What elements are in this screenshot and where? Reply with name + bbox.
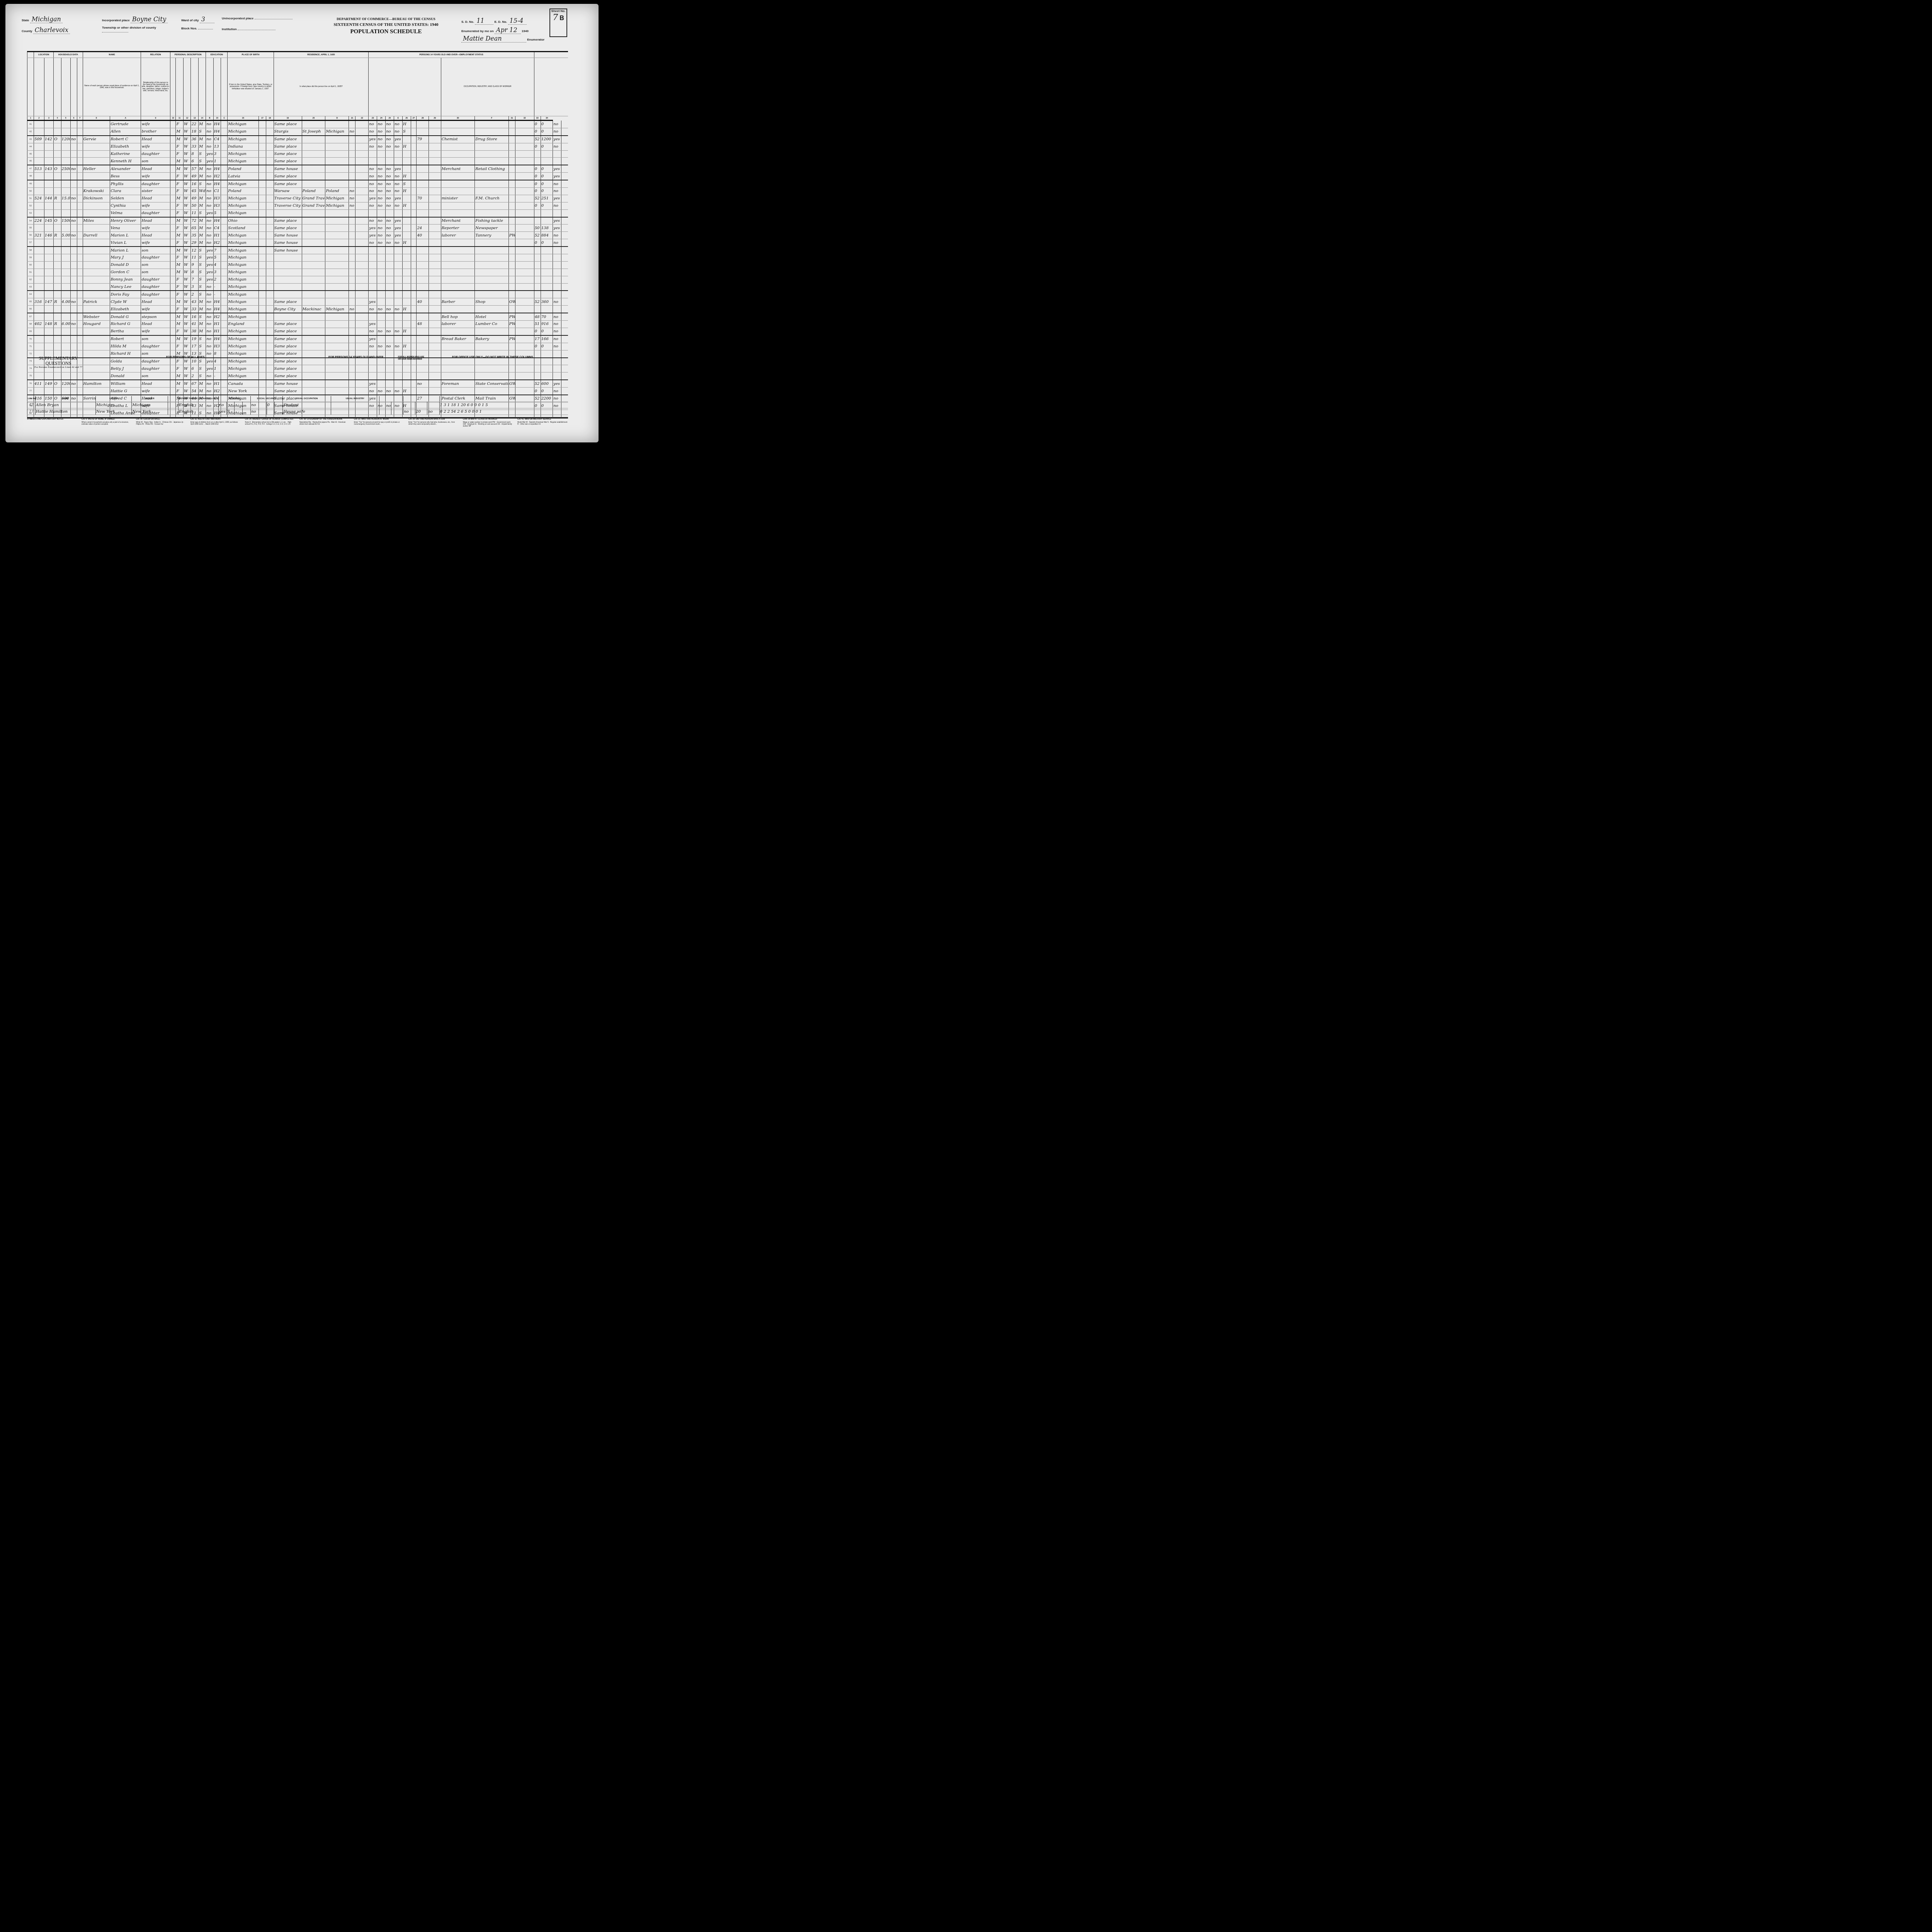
schedule-title: POPULATION SCHEDULE: [326, 29, 446, 35]
cell-farm1935: no: [349, 195, 355, 202]
cell-school: no: [206, 224, 213, 232]
cell-house: [44, 313, 53, 320]
cell-hours: [417, 173, 429, 180]
residence-description: In what place did this person live on Ap…: [274, 58, 369, 116]
cell-otherincome: yes: [553, 224, 561, 232]
cell-activity: H: [402, 328, 411, 335]
relation-description: Relationship of this person to the head …: [141, 58, 170, 116]
cell-blank: [266, 180, 274, 187]
cell-sex: F: [176, 291, 183, 298]
cell-sex: F: [176, 150, 183, 158]
cell-age: 57: [191, 165, 198, 172]
cell-weeksworked: 0: [534, 202, 541, 209]
cell-occupation: [441, 291, 475, 298]
cell-owned: 4.00: [61, 298, 70, 306]
cell-pubwork: [377, 254, 386, 262]
cell-street: [34, 254, 44, 262]
cell-house: [44, 209, 53, 217]
cell-otherincome: [553, 247, 561, 254]
cell-otherincome: no: [553, 343, 561, 350]
cell-otherincome: no: [553, 202, 561, 209]
cell-hours: [417, 121, 429, 128]
cell-occupation: [441, 328, 475, 335]
supplementary-title: SUPPLEMENTARY QUESTIONS For Persons Enum…: [29, 356, 87, 369]
cell-surname: [83, 254, 110, 262]
cell-weeks: [429, 158, 441, 165]
cell-farm: [77, 321, 83, 328]
cell-blank: [221, 180, 228, 187]
cell-blank: [266, 321, 274, 328]
cell-blank: [266, 291, 274, 298]
cell-res-county: [302, 335, 325, 343]
cell-weeksworked: 52: [534, 136, 541, 143]
cell-hh: [54, 335, 61, 343]
cell-activity: H: [402, 188, 411, 195]
cell-blank: [515, 150, 534, 158]
cell-res-state: [325, 180, 349, 187]
cell-birthplace: Michigan: [228, 180, 259, 187]
cell-seeking: no: [386, 121, 394, 128]
cell-blank: [259, 261, 266, 269]
column-number: 23: [369, 116, 377, 121]
cell-res-county: Poland: [302, 188, 325, 195]
cell-hours: [417, 254, 429, 262]
cell-relation: wife: [141, 306, 170, 313]
person-row: 55VenawifeFW65MnoC4ScotlandSame placeyes…: [27, 224, 568, 232]
cell-weeks: [429, 188, 441, 195]
cell-school: no: [206, 121, 213, 128]
column-number: 15: [213, 116, 221, 121]
cell-school: no: [206, 165, 213, 172]
cell-surname: Hougard: [83, 321, 110, 328]
cell-activity: H: [402, 173, 411, 180]
note-block: Cols. 30 and 47. CLASS OF WORKERWage or …: [463, 418, 514, 439]
cell-relation: Head: [141, 217, 170, 224]
cell-given: Gertrude: [110, 121, 141, 128]
cell-blank: [355, 158, 369, 165]
cell-house: [44, 121, 53, 128]
cell-surname: [83, 306, 110, 313]
cell-blank: [266, 343, 274, 350]
cell-age: 2: [191, 291, 198, 298]
person-row: 42AllenbrotherMW18SnoH4MichiganSturgisSt…: [27, 128, 568, 135]
cell-income: 0: [541, 343, 553, 350]
cell-blank: [355, 136, 369, 143]
cell-street: [34, 313, 44, 320]
cell-work: no: [369, 328, 377, 335]
cell-blank: [221, 165, 228, 172]
supp-cell-children: [427, 402, 439, 408]
cell-res-state: [325, 136, 349, 143]
cell-res-state: Michigan: [325, 306, 349, 313]
cell-res-county: [302, 136, 325, 143]
cell-farm: [77, 136, 83, 143]
cell-blank: [170, 298, 176, 306]
cell-blank: [259, 232, 266, 239]
cell-blank: [411, 321, 417, 328]
cell-occupation: Merchant: [441, 165, 475, 172]
cell-blank: [259, 136, 266, 143]
cell-res-county: [302, 224, 325, 232]
cell-blank: [515, 121, 534, 128]
cell-given: Robert: [110, 335, 141, 343]
cell-occupation: [441, 247, 475, 254]
column-number: 1: [27, 116, 34, 121]
cell-street: [34, 121, 44, 128]
cell-farm1935: [349, 298, 355, 306]
cell-blank: [259, 217, 266, 224]
desc-cell: [534, 58, 568, 116]
cell-given: Henry Oliver: [110, 217, 141, 224]
cell-marital: S: [198, 335, 206, 343]
cell-class: [509, 217, 515, 224]
cell-given: Bess: [110, 173, 141, 180]
cell-hours: [417, 158, 429, 165]
cell-race: W: [183, 217, 190, 224]
cell-race: W: [183, 291, 190, 298]
cell-hh: [54, 128, 61, 135]
cell-work: no: [369, 202, 377, 209]
supp-cell-deduct: [259, 402, 267, 408]
cell-otherincome: no: [553, 321, 561, 328]
cell-seeking: no: [386, 224, 394, 232]
cell-otherincome: [553, 158, 561, 165]
cell-work: no: [369, 165, 377, 172]
cell-res-city: Same place: [274, 335, 302, 343]
cell-hours: [417, 335, 429, 343]
cell-hh: [54, 239, 61, 247]
cell-seeking: no: [386, 136, 394, 143]
cell-weeks: [429, 328, 441, 335]
cell-work: no: [369, 217, 377, 224]
cell-occupation: Reporter: [441, 224, 475, 232]
cell-hasjob: yes: [394, 224, 403, 232]
cell-school: no: [206, 232, 213, 239]
cell-class: [509, 328, 515, 335]
cell-seeking: [386, 335, 394, 343]
cell-income: 251: [541, 195, 553, 202]
cell-blank: [411, 209, 417, 217]
cell-blank: [170, 343, 176, 350]
cell-seeking: no: [386, 143, 394, 150]
cell-hh: [54, 247, 61, 254]
sheet-label: Sheet No.: [550, 9, 566, 13]
cell-hours: 48: [417, 321, 429, 328]
cell-surname: [83, 202, 110, 209]
note-title: Col. 21. WAS THIS PERSON AT WORK: [354, 418, 405, 420]
cell-hh: [54, 173, 61, 180]
person-row: 53VelmadaughterFW11Syes5Michigan: [27, 209, 568, 217]
cell-house: 145: [44, 217, 53, 224]
cell-owned: [61, 313, 70, 320]
cell-blank: [515, 261, 534, 269]
cell-given: Bertha: [110, 328, 141, 335]
cell-hours: [417, 217, 429, 224]
state-value: Michigan: [30, 15, 63, 23]
cell-age: 16: [191, 313, 198, 320]
cell-farm1935: [349, 224, 355, 232]
cell-blank: [259, 150, 266, 158]
cell-activity: [402, 335, 411, 343]
cell-hh: O: [54, 136, 61, 143]
cell-blank: [170, 195, 176, 202]
cell-activity: H: [402, 343, 411, 350]
supp-cell-usual-occ: Student: [283, 402, 331, 408]
cell-farm1935: [349, 173, 355, 180]
cell-income: 1200: [541, 136, 553, 143]
cell-grade: 5: [213, 254, 221, 262]
note-block: Col. 11. AGE AT LAST BIRTHDAY.Enter age …: [190, 418, 241, 439]
cell-activity: [402, 298, 411, 306]
cell-owned: [61, 188, 70, 195]
cell-relation: daughter: [141, 150, 170, 158]
cell-work: no: [369, 128, 377, 135]
cell-owned: [61, 328, 70, 335]
supp-cell-blank: [243, 408, 251, 415]
cell-farm1935: [349, 247, 355, 254]
cell-blank: [221, 247, 228, 254]
cell-farm1935: [349, 261, 355, 269]
cell-blank: [259, 180, 266, 187]
cell-activity: [402, 165, 411, 172]
cell-sex: M: [176, 313, 183, 320]
cell-res-county: [302, 283, 325, 291]
cell-value: [70, 209, 77, 217]
cell-school: no: [206, 343, 213, 350]
cell-house: [44, 328, 53, 335]
cell-surname: [83, 247, 110, 254]
cell-blank: [561, 343, 568, 350]
cell-pubwork: no: [377, 121, 386, 128]
cell-school: no: [206, 298, 213, 306]
cell-blank: [266, 143, 274, 150]
cell-age: 33: [191, 143, 198, 150]
cell-surname: [83, 283, 110, 291]
cell-res-city: Same place: [274, 343, 302, 350]
column-number: 16: [228, 116, 259, 121]
office-heading: FOR OFFICE USE ONLY—DO NOT WRITE IN THES…: [452, 356, 533, 359]
cell-occupation: [441, 128, 475, 135]
cell-sex: M: [176, 165, 183, 172]
cell-given: Allen: [110, 128, 141, 135]
cell-blank: [259, 276, 266, 283]
cell-blank: [221, 143, 228, 150]
cell-age: 22: [191, 121, 198, 128]
cell-blank: [170, 188, 176, 195]
cell-surname: [83, 291, 110, 298]
note-block: Col. 41. WAR OR MILITARY SERVICEWorld Wa…: [517, 418, 568, 439]
cell-blank: [266, 254, 274, 262]
person-row: 69BerthawifeFW38MnoH1MichiganSame placen…: [27, 328, 568, 335]
cell-class: OW: [509, 298, 515, 306]
cell-school: no: [206, 328, 213, 335]
column-number: 24: [377, 116, 386, 121]
state-label: State: [22, 19, 29, 22]
cell-owned: [61, 239, 70, 247]
cell-income: [541, 269, 553, 276]
person-row: 60Donald DsonMW9Syes4Michigan: [27, 261, 568, 269]
cell-farm1935: [349, 328, 355, 335]
person-row: 65316147R4.00noPatrickClyde WHeadMW43Mno…: [27, 298, 568, 306]
cell-res-city: [274, 209, 302, 217]
cell-birthplace: Ohio: [228, 217, 259, 224]
cell-res-city: Same place: [274, 217, 302, 224]
cell-seeking: no: [386, 239, 394, 247]
department-title: DEPARTMENT OF COMMERCE—BUREAU OF THE CEN…: [322, 17, 450, 21]
cell-marital: S: [198, 150, 206, 158]
cell-farm1935: [349, 232, 355, 239]
cell-blank: [170, 158, 176, 165]
cell-given: Cynthia: [110, 202, 141, 209]
cell-res-city: Same place: [274, 298, 302, 306]
note-text: Enter "Yes" for persons who had jobs, bu…: [408, 421, 455, 425]
column-number: 27: [411, 116, 417, 121]
cell-hh: [54, 180, 61, 187]
cell-marital: M: [198, 165, 206, 172]
cell-given: Elizabeth: [110, 143, 141, 150]
cell-industry: [475, 343, 509, 350]
cell-weeksworked: 0: [534, 343, 541, 350]
cell-marital: M: [198, 173, 206, 180]
cell-blank: [561, 276, 568, 283]
cell-res-city: Same place: [274, 173, 302, 180]
supp-cell-vet-war: [226, 402, 235, 408]
cell-hours: [417, 143, 429, 150]
cell-res-county: Grand Traverse: [302, 202, 325, 209]
cell-farm: [77, 232, 83, 239]
cell-income: 0: [541, 202, 553, 209]
cell-weeksworked: 50: [534, 224, 541, 232]
cell-seeking: no: [386, 180, 394, 187]
note-block: Col. 21. WAS THIS PERSON AT WORKEnter "Y…: [354, 418, 405, 439]
cell-blank: [221, 291, 228, 298]
incorporated-place-field: Incorporated place Boyne City: [102, 15, 168, 23]
enumerated-date: Apr 12: [495, 26, 521, 34]
cell-hours: [417, 247, 429, 254]
cell-blank: [561, 306, 568, 313]
cell-value: [70, 202, 77, 209]
person-row: 62Bonny JeandaughterFW7Syes2Michigan: [27, 276, 568, 283]
cell-res-state: [325, 328, 349, 335]
cell-weeksworked: 17: [534, 335, 541, 343]
cell-farm: [77, 188, 83, 195]
cell-age: 29: [191, 239, 198, 247]
cell-otherincome: no: [553, 143, 561, 150]
cell-occupation: Merchant: [441, 217, 475, 224]
cell-age: 38: [191, 328, 198, 335]
cell-line: 45: [27, 150, 34, 158]
cell-blank: [561, 269, 568, 276]
cell-blank: [266, 298, 274, 306]
cell-res-state: Michigan: [325, 195, 349, 202]
cell-house: [44, 202, 53, 209]
cell-farm1935: [349, 291, 355, 298]
cell-res-county: [302, 232, 325, 239]
cell-school: no: [206, 217, 213, 224]
supp-cell-usual-ind: [331, 408, 379, 415]
cell-house: 146: [44, 232, 53, 239]
note-text: Enter age of children born on or after A…: [190, 421, 238, 425]
cell-farm1935: [349, 335, 355, 343]
cell-grade: H4: [213, 180, 221, 187]
cell-weeks: [429, 136, 441, 143]
cell-relation: Head: [141, 298, 170, 306]
cell-owned: [61, 261, 70, 269]
cell-blank: [411, 180, 417, 187]
cell-res-city: Traverse City: [274, 202, 302, 209]
cell-industry: [475, 173, 509, 180]
column-number: 22: [355, 116, 369, 121]
cell-blank: [259, 254, 266, 262]
cell-grade: H1: [213, 232, 221, 239]
cell-marital: S: [198, 209, 206, 217]
cell-relation: son: [141, 247, 170, 254]
cell-race: W: [183, 143, 190, 150]
cell-sex: F: [176, 209, 183, 217]
cell-weeksworked: [534, 150, 541, 158]
cell-activity: [402, 283, 411, 291]
cell-sex: M: [176, 321, 183, 328]
column-number: 29: [429, 116, 441, 121]
cell-industry: [475, 291, 509, 298]
cell-weeks: [429, 217, 441, 224]
cell-income: 916: [541, 321, 553, 328]
cell-occupation: [441, 239, 475, 247]
cell-work: no: [369, 180, 377, 187]
cell-blank: [266, 276, 274, 283]
cell-blank: [355, 188, 369, 195]
cell-line: 47: [27, 165, 34, 172]
cell-industry: [475, 180, 509, 187]
desc-cell: [61, 58, 70, 116]
cell-weeks: [429, 128, 441, 135]
cell-farm: [77, 128, 83, 135]
cell-industry: [475, 239, 509, 247]
cell-hasjob: yes: [394, 165, 403, 172]
cell-blank: [170, 261, 176, 269]
cell-industry: [475, 209, 509, 217]
cell-weeks: [429, 313, 441, 320]
cell-race: W: [183, 180, 190, 187]
cell-sex: M: [176, 136, 183, 143]
cell-weeksworked: [534, 254, 541, 262]
cell-class: [509, 209, 515, 217]
cell-blank: [221, 239, 228, 247]
cell-marital: S: [198, 313, 206, 320]
cell-marital: M: [198, 121, 206, 128]
supp-cell-blank: [275, 408, 283, 415]
cell-blank: [561, 136, 568, 143]
supp-father-header: FATHER: [95, 396, 132, 402]
incorporated-place-value: Boyne City: [131, 15, 168, 23]
cell-given: Mary J: [110, 254, 141, 262]
column-number: E: [394, 116, 403, 121]
cell-relation: Head: [141, 195, 170, 202]
cell-income: 0: [541, 328, 553, 335]
cell-res-state: [325, 143, 349, 150]
note-text: World War W · Spanish-American War S · R…: [517, 421, 568, 425]
cell-pubwork: no: [377, 343, 386, 350]
supp-cell-mother: New York: [132, 408, 168, 415]
cell-relation: wife: [141, 202, 170, 209]
cell-weeksworked: [534, 283, 541, 291]
note-title: Col. 25. DID THIS PERSON HAVE A JOB: [408, 418, 459, 420]
cell-race: W: [183, 209, 190, 217]
cell-street: [34, 143, 44, 150]
column-number: 14: [198, 116, 206, 121]
cell-marital: M: [198, 298, 206, 306]
cell-blank: [515, 195, 534, 202]
